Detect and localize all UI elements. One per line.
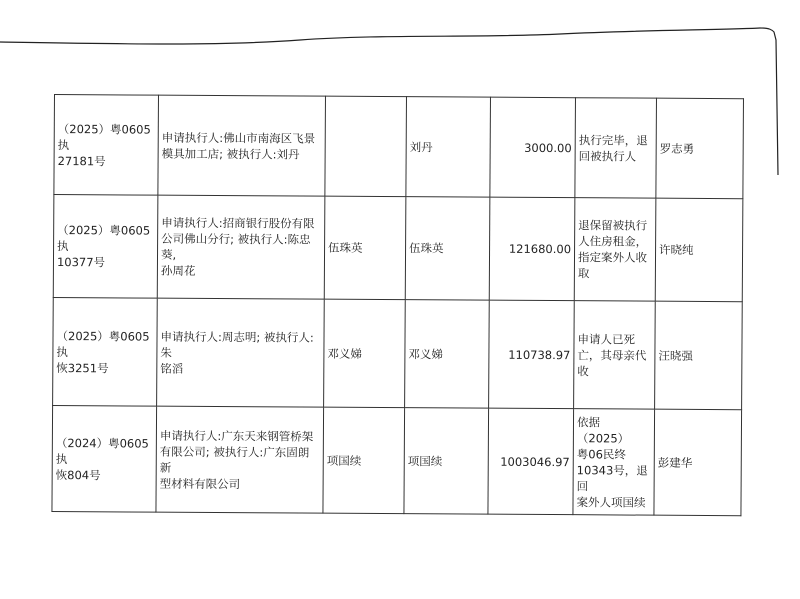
recipient-cell: 项国续: [323, 407, 405, 513]
case-number-cell: （2025）粤0605执10377号: [53, 195, 158, 299]
table-row: （2024）粤0605执恢804号申请执行人:广东天来钢管桥架有限公司; 被执行…: [52, 405, 742, 515]
recipient-cell: 伍珠英: [324, 196, 406, 299]
handler-cell: 罗志勇: [656, 98, 744, 199]
amount-cell: 3000.00: [490, 97, 576, 198]
recipient-cell: [325, 96, 407, 196]
table-row: （2025）粤0605执恢3251号申请执行人:周志明; 被执行人:朱铭滔邓义娣…: [53, 297, 743, 409]
amount-cell: 121680.00: [489, 197, 575, 301]
parties-cell: 申请执行人:周志明; 被执行人:朱铭滔: [157, 298, 325, 407]
payee-cell: 项国续: [404, 408, 489, 515]
handler-cell: 许晓纯: [655, 198, 743, 302]
case-number-cell: （2024）粤0605执恢804号: [52, 405, 157, 512]
table-row: （2025）粤0605执27181号申请执行人:佛山市南海区飞景模具加工店; 被…: [54, 95, 744, 199]
parties-cell: 申请执行人:佛山市南海区飞景模具加工店; 被执行人:刘丹: [158, 95, 326, 196]
handler-cell: 彭建华: [654, 409, 742, 516]
parties-cell: 申请执行人:招商银行股份有限公司佛山分行; 被执行人:陈忠葵,孙周花: [157, 195, 325, 299]
recipient-cell: 邓义娣: [324, 299, 406, 407]
amount-cell: 110738.97: [489, 300, 575, 409]
remark-cell: 申请人已死亡，其母亲代收: [574, 301, 656, 409]
case-number-cell: （2025）粤0605执27181号: [54, 95, 159, 196]
handler-cell: 汪晓强: [655, 301, 743, 410]
disbursement-table: （2025）粤0605执27181号申请执行人:佛山市南海区飞景模具加工店; 被…: [51, 94, 744, 516]
remark-cell: 退保留被执行人住房租金，指定案外人收取: [574, 198, 656, 301]
parties-cell: 申请执行人:广东天来钢管桥架有限公司; 被执行人:广东固朗新型材料有限公司: [156, 406, 324, 513]
case-number-cell: （2025）粤0605执恢3251号: [53, 297, 158, 406]
payee-cell: 伍珠英: [405, 197, 490, 301]
payee-cell: 刘丹: [406, 97, 491, 198]
payee-cell: 邓义娣: [405, 300, 490, 409]
table-row: （2025）粤0605执10377号申请执行人:招商银行股份有限公司佛山分行; …: [53, 195, 743, 302]
remark-cell: 依据（2025）粤06民终10343号，退回案外人项国续: [573, 409, 655, 515]
remark-cell: 执行完毕，退回被执行人: [575, 98, 657, 198]
amount-cell: 1003046.97: [488, 408, 574, 515]
